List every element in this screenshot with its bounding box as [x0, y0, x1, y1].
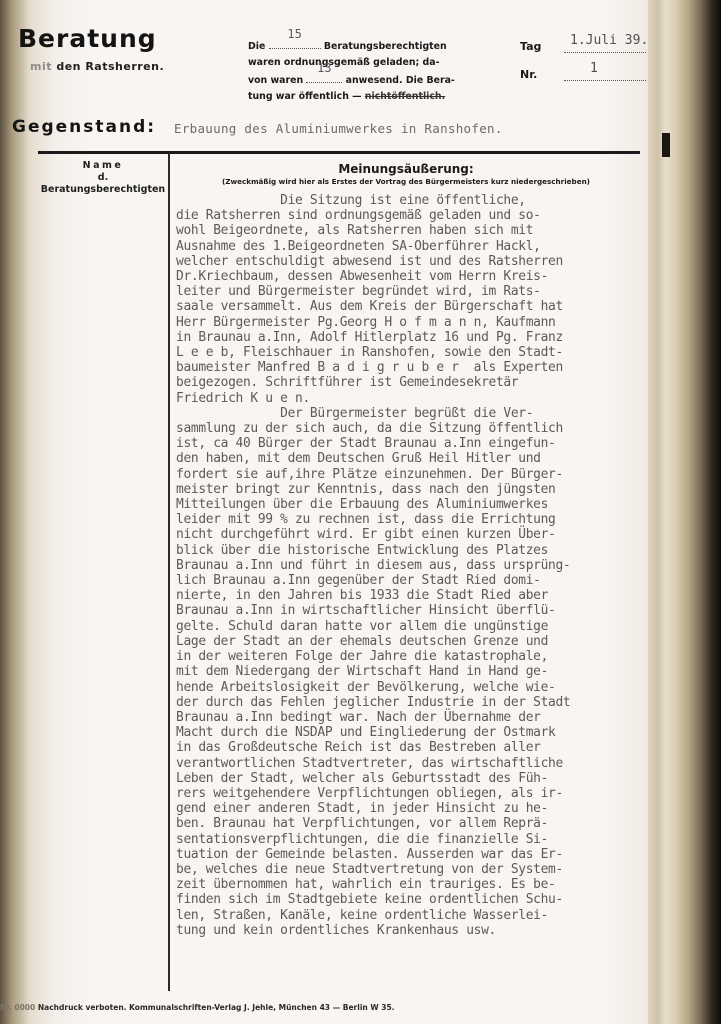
document-page: Beratung mit den Ratsherren. Die 15 Bera… [0, 0, 660, 1024]
header-rule [38, 151, 640, 154]
body-line: welcher entschuldigt abwesend ist und de… [176, 254, 646, 269]
body-line: finden sich im Stadtgebiete keine ordent… [176, 892, 646, 907]
body-line: lich Braunau a.Inn gegenüber der Stadt R… [176, 573, 646, 588]
body-line: gend einer anderen Stadt, in jeder Hinsi… [176, 801, 646, 816]
body-line: Macht durch die NSDAP und Eingliederung … [176, 725, 646, 740]
day-dotline [564, 52, 646, 53]
body-line: ist, ca 40 Bürger der Stadt Braunau a.In… [176, 436, 646, 451]
body-line: baumeister Manfred B a d i g r u b e r a… [176, 360, 646, 375]
invited-count-field: 15 [269, 36, 321, 49]
attendance-line-3: von waren 13 anwesend. Die Bera- [248, 70, 468, 89]
day-label: Tag [520, 40, 541, 53]
body-line: rers weitgehendere Verpflichtungen oblie… [176, 786, 646, 801]
body-line: Der Bürgermeister begrüßt die Ver- [176, 406, 646, 421]
body-line: beigezogen. Schriftführer ist Gemeindese… [176, 375, 646, 390]
attendance-line-2: waren ordnungsgemäß geladen; da- [248, 55, 468, 71]
opinion-column-note: (Zweckmäßig wird hier als Erstes der Vor… [172, 177, 640, 186]
body-line: verantwortlichen Stadtvertreter, das wir… [176, 756, 646, 771]
body-line: Ausnahme des 1.Beigeordneten SA-Oberführ… [176, 239, 646, 254]
body-line: sentationsverpflichtungen, die die finan… [176, 832, 646, 847]
binder-spine [648, 0, 721, 1024]
name-column-header: Name d. Beratungsberechtigten [38, 160, 168, 196]
subject-value: Erbauung des Aluminiumwerkes in Ranshofe… [174, 121, 503, 136]
column-divider [168, 153, 170, 991]
body-line: Mitteilungen über die Erbauung des Alumi… [176, 497, 646, 512]
present-count-field: 13 [306, 70, 342, 83]
opinion-column-title: Meinungsäußerung: [172, 162, 640, 176]
attendance-block: Die 15 Beratungsberechtigten waren ordnu… [248, 36, 468, 104]
body-line: fordert sie auf,ihre Plätze einzunehmen.… [176, 467, 646, 482]
name-column-subtitle: d. Beratungsberechtigten [38, 172, 168, 196]
body-line: Die Sitzung ist eine öffentliche, [176, 193, 646, 208]
body-line: tung und kein ordentliches Krankenhaus u… [176, 923, 646, 938]
body-line: in der weiteren Folge der Jahre die kata… [176, 649, 646, 664]
opinion-column-header: Meinungsäußerung: (Zweckmäßig wird hier … [172, 162, 640, 186]
minutes-body-text: Die Sitzung ist eine öffentliche,die Rat… [176, 193, 646, 938]
body-line: tuation der Gemeinde belasten. Ausserden… [176, 847, 646, 862]
body-line: mit dem Niedergang der Wirtschaft Hand i… [176, 664, 646, 679]
body-line: be, welches die neue Stadtvertretung von… [176, 862, 646, 877]
spine-tab-mark [662, 133, 670, 157]
body-line: Braunau a.Inn in wirtschaftlicher Hinsic… [176, 603, 646, 618]
body-line: Braunau a.Inn und führt in diesem aus, d… [176, 558, 646, 573]
body-line: wohl Beigeordnete, als Ratsherren haben … [176, 223, 646, 238]
body-line: Dr.Kriechbaum, dessen Abwesenheit vom He… [176, 269, 646, 284]
day-value: 1.Juli 39. [570, 33, 648, 48]
body-line: meister bringt zur Kenntnis, dass nach d… [176, 482, 646, 497]
body-line: zeit übernommen hat, wahrlich ein trauri… [176, 877, 646, 892]
body-line: len, Straßen, Kanäle, keine ordentliche … [176, 908, 646, 923]
present-count: 13 [306, 61, 342, 77]
number-dotline [564, 80, 646, 81]
body-line: in das Großdeutsche Reich ist das Bestre… [176, 740, 646, 755]
body-line: nicht durchgeführt wird. Er gibt einen k… [176, 527, 646, 542]
subtitle-text: den Ratsherren. [56, 60, 164, 73]
body-line: der durch das Fehlen jeglicher Industrie… [176, 695, 646, 710]
body-line: leiter und Bürgermeister begründet wird,… [176, 284, 646, 299]
body-line: ben. Braunau hat Verpflichtungen, vor al… [176, 816, 646, 831]
body-line: Lage der Stadt an der ehemals deutschen … [176, 634, 646, 649]
body-line: die Ratsherren sind ordnungsgemäß gelade… [176, 208, 646, 223]
body-line: saale versammelt. Aus dem Kreis der Bürg… [176, 299, 646, 314]
body-line: gelte. Schuld daran hatte vor allem die … [176, 619, 646, 634]
public-label: tung war öffentlich — [248, 91, 362, 102]
body-line: L e e b, Fleischhauer in Ranshofen, sowi… [176, 345, 646, 360]
body-line: hende Arbeitslosigkeit der Bevölkerung, … [176, 680, 646, 695]
number-field: Nr. 1 [520, 68, 537, 81]
name-column-title: Name [38, 160, 168, 172]
body-line: Braunau a.Inn bedingt war. Nach der Über… [176, 710, 646, 725]
form-title: Beratung [18, 24, 157, 53]
body-line: nierte, in den Jahren bis 1933 die Stadt… [176, 588, 646, 603]
body-line: Friedrich K u e n. [176, 391, 646, 406]
body-line: in Braunau a.Inn, Adolf Hitlerplatz 16 u… [176, 330, 646, 345]
body-line: Herr Bürgermeister Pg.Georg H o f m a n … [176, 315, 646, 330]
form-subtitle: mit den Ratsherren. [30, 60, 164, 73]
body-line: sammlung zu der sich auch, da die Sitzun… [176, 421, 646, 436]
subject-label: Gegenstand: [12, 117, 156, 137]
body-line: leider mit 99 % zu rechnen ist, dass die… [176, 512, 646, 527]
number-value: 1 [590, 61, 598, 76]
attendance-label: Beratungsberechtigten [324, 41, 447, 52]
body-line: Leben der Stadt, welcher als Geburtsstad… [176, 771, 646, 786]
day-field: Tag 1.Juli 39. [520, 40, 541, 53]
footer: Nr. 0000 Nachdruck verboten. Kommunalsch… [0, 1003, 395, 1012]
attendance-line-1: Die 15 Beratungsberechtigten [248, 36, 468, 55]
struck-nonpublic-label: nichtöffentlich. [365, 91, 445, 102]
number-label: Nr. [520, 68, 537, 81]
body-line: den haben, mit dem Deutschen Gruß Heil H… [176, 451, 646, 466]
attendance-label: anwesend. Die Bera- [346, 75, 455, 86]
footer-form-number: Nr. 0000 [0, 1003, 35, 1012]
attendance-line-4: tung war öffentlich — nichtöffentlich. [248, 89, 468, 105]
attendance-label: von waren [248, 75, 303, 86]
body-line: blick über die historische Entwicklung d… [176, 543, 646, 558]
subtitle-prefix: mit [30, 60, 52, 73]
invited-count: 15 [269, 27, 321, 43]
attendance-label: Die [248, 41, 265, 52]
footer-publisher: Nachdruck verboten. Kommunalschriften-Ve… [38, 1003, 395, 1012]
